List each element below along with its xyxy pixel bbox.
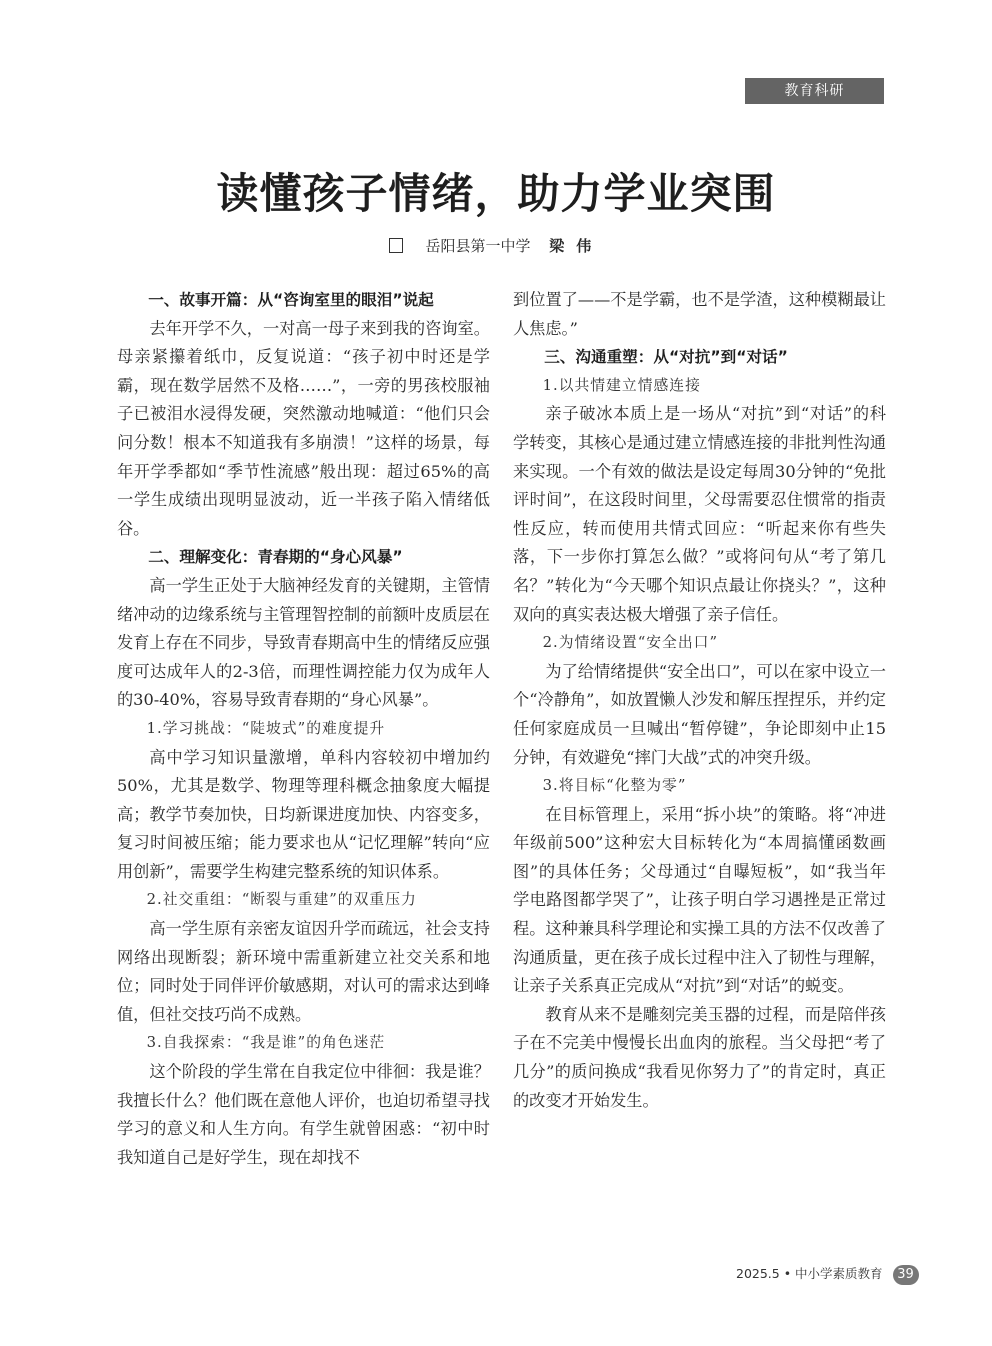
author-affiliation: 岳阳县第一中学 — [425, 237, 530, 255]
subheading: 1.以共情建立情感连接 — [513, 372, 886, 401]
section-heading-3: 三、沟通重塑：从“对抗”到“对话” — [513, 343, 886, 372]
paragraph: 这个阶段的学生常在自我定位中徘徊：我是谁？我擅长什么？他们既在意他人评价，也迫切… — [117, 1058, 490, 1172]
paragraph-continuation: 到位置了——不是学霸，也不是学渣，这种模糊最让人焦虑。” — [513, 286, 886, 343]
section-tag: 教育科研 — [745, 78, 884, 104]
paragraph: 高中学习知识量激增，单科内容较初中增加约50%，尤其是数学、物理等理科概念抽象度… — [117, 744, 490, 887]
paragraph: 教育从来不是雕刻完美玉器的过程，而是陪伴孩子在不完美中慢慢长出血肉的旅程。当父母… — [513, 1001, 886, 1115]
page-footer: 2025.5 • 中小学素质教育 39 — [736, 1263, 919, 1285]
right-column: 到位置了——不是学霸，也不是学渣，这种模糊最让人焦虑。” 三、沟通重塑：从“对抗… — [513, 286, 886, 1115]
left-column: 一、故事开篇：从“咨询室里的眼泪”说起 去年开学不久，一对高一母子来到我的咨询室… — [117, 286, 490, 1172]
subheading: 2.为情绪设置“安全出口” — [513, 629, 886, 658]
section-heading-1: 一、故事开篇：从“咨询室里的眼泪”说起 — [117, 286, 490, 315]
square-icon — [389, 238, 403, 253]
article-title: 读懂孩子情绪，助力学业突围 — [0, 166, 992, 222]
section-heading-2: 二、理解变化：青春期的“身心风暴” — [117, 543, 490, 572]
paragraph: 在目标管理上，采用“拆小块”的策略。将“冲进年级前500”这种宏大目标转化为“本… — [513, 801, 886, 1001]
subheading: 3.自我探索：“我是谁”的角色迷茫 — [117, 1029, 490, 1058]
issue-label: 2025.5 • 中小学素质教育 — [736, 1266, 883, 1281]
subheading: 3.将目标“化整为零” — [513, 772, 886, 801]
paragraph: 去年开学不久，一对高一母子来到我的咨询室。母亲紧攥着纸巾，反复说道：“孩子初中时… — [117, 315, 490, 544]
paragraph: 高一学生正处于大脑神经发育的关键期，主管情绪冲动的边缘系统与主管理智控制的前额叶… — [117, 572, 490, 715]
author-name: 梁伟 — [549, 237, 603, 255]
subheading: 2.社交重组：“断裂与重建”的双重压力 — [117, 886, 490, 915]
paragraph: 高一学生原有亲密友谊因升学而疏远，社会支持网络出现断裂；新环境中需重新建立社交关… — [117, 915, 490, 1029]
page-number: 39 — [893, 1265, 919, 1285]
byline: 岳阳县第一中学 梁伟 — [0, 234, 992, 258]
paragraph: 为了给情绪提供“安全出口”，可以在家中设立一个“冷静角”，如放置懒人沙发和解压捏… — [513, 658, 886, 772]
paragraph: 亲子破冰本质上是一场从“对抗”到“对话”的科学转变，其核心是通过建立情感连接的非… — [513, 400, 886, 629]
subheading: 1.学习挑战：“陡坡式”的难度提升 — [117, 715, 490, 744]
